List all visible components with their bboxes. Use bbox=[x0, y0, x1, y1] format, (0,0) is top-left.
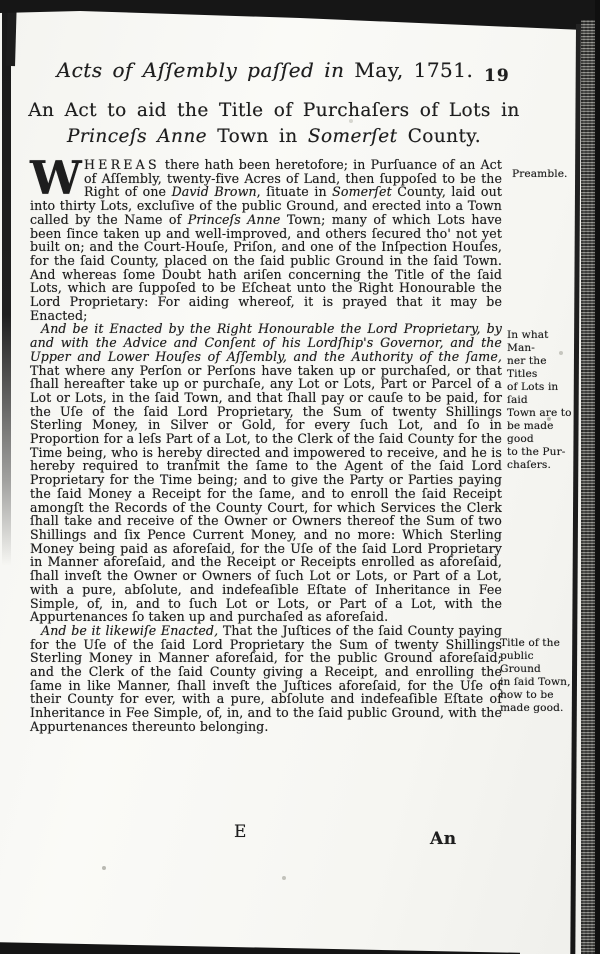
paragraph-enacting-clause: And be it Enacted by the Right Honourabl… bbox=[30, 322, 502, 623]
act-title-line2: Princeſs Anne Town in Somerſet County. bbox=[28, 124, 520, 150]
margin-note-titles-of-lots: In what Man- ner the Titles of Lots in ſ… bbox=[507, 329, 579, 472]
paragraph-likewise-enacted: And be it likewiſe Enacted, That the Juſ… bbox=[30, 624, 502, 734]
act-title: An Act to aid the Title of Purchaſers of… bbox=[28, 98, 520, 150]
paragraph-preamble: WHEREAS there hath been heretofore; in P… bbox=[30, 158, 502, 322]
margin-note-preamble: Preamble. bbox=[512, 168, 576, 181]
act-title-line1: An Act to aid the Title of Purchaſers of… bbox=[28, 98, 520, 124]
catchword: An bbox=[430, 829, 457, 849]
scan-edge-left-shadow bbox=[2, 8, 11, 566]
running-header: Acts of Aſſembly paſſed in May, 1751. bbox=[30, 58, 500, 82]
scanned-page: Acts of Aſſembly paſſed in May, 1751. 19… bbox=[0, 0, 600, 954]
scan-edge-right bbox=[595, 0, 600, 954]
signature-mark: E bbox=[234, 822, 246, 842]
dropcap-initial: W bbox=[30, 159, 80, 199]
margin-note-public-ground: Title of the public Ground in ſaid Town,… bbox=[500, 637, 578, 715]
scan-book-edge-texture bbox=[581, 20, 596, 954]
act-body: WHEREAS there hath been heretofore; in P… bbox=[30, 158, 502, 734]
page-number: 19 bbox=[484, 66, 510, 86]
